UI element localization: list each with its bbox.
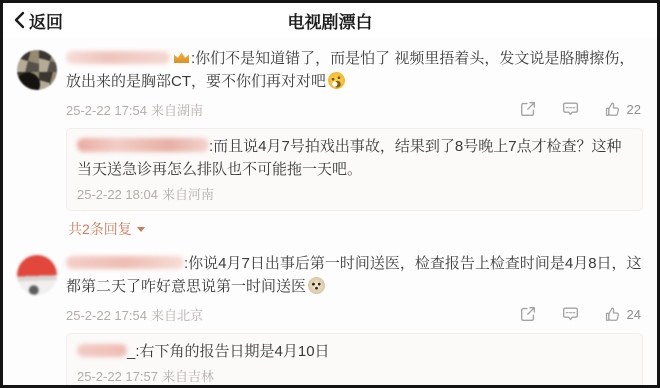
action-bar: 22 (519, 100, 643, 118)
share-icon (519, 305, 537, 323)
like-count: 24 (627, 307, 641, 322)
timestamp-location: 来自吉林 (162, 369, 214, 384)
share-icon (519, 100, 537, 118)
share-button[interactable] (519, 100, 537, 118)
expand-replies-label: 共2条回复 (68, 219, 132, 239)
comment-button[interactable] (561, 100, 580, 118)
page-title: 电视剧漂白 (3, 8, 657, 33)
comment-text-block: :你说4月7日出事后第一时间送医，检查报告上检查时间是4月8日，这都第二天了咋好… (66, 252, 643, 298)
timestamp-location: 来自河南 (162, 187, 214, 202)
weibo-topic-comment-screen: 返回 电视剧漂白 :你们不是知道错了，而是怕了 视频里捂着头，发文说是胳膊擦伤，… (0, 0, 660, 388)
comment-item-1: :你们不是知道错了，而是怕了 视频里捂着头，发文说是胳膊擦伤，放出来的是胸部CT… (17, 47, 643, 239)
comment-text-block: :你们不是知道错了，而是怕了 视频里捂着头，发文说是胳膊擦伤，放出来的是胸部CT… (66, 47, 643, 93)
reply-item-2[interactable]: _:右下角的报告日期是4月10日 25-2-22 17:57来自吉林 (66, 333, 643, 388)
nav-header: 返回 电视剧漂白 (3, 3, 657, 37)
timestamp-date: 25-2-22 17:54 (66, 308, 147, 323)
comment-meta: 25-2-22 17:54来自湖南 22 (66, 99, 643, 119)
blurred-username[interactable] (66, 256, 184, 269)
timestamp-location: 来自北京 (151, 308, 203, 323)
reply-text: _:右下角的报告日期是4月10日 (127, 343, 330, 360)
comment-meta: 25-2-22 17:54来自北京 24 (66, 304, 643, 324)
blurred-username[interactable] (66, 51, 170, 64)
chevron-left-icon (13, 11, 26, 29)
thumbs-up-icon (604, 100, 622, 118)
avatar-red-white[interactable] (17, 255, 57, 295)
thumbs-up-icon (604, 305, 622, 323)
timestamp-location: 来自湖南 (151, 103, 203, 118)
reply-item-1[interactable]: :而且说4月7号拍戏出事故，结果到了8号晚上7点才检查？这种当天送急诊再怎么排队… (66, 128, 643, 211)
blurred-username[interactable] (77, 138, 209, 152)
comment-button[interactable] (561, 305, 580, 323)
timestamp: 25-2-22 18:04来自河南 (77, 184, 632, 203)
timestamp-date: 25-2-22 17:54 (66, 103, 147, 118)
reply-text-block: :而且说4月7号拍戏出事故，结果到了8号晚上7点才检查？这种当天送急诊再怎么排队… (77, 135, 632, 181)
back-label: 返回 (29, 8, 63, 33)
timestamp: 25-2-22 17:54来自湖南 (66, 100, 207, 119)
blurred-username[interactable] (77, 344, 127, 357)
expand-replies-link[interactable]: 共2条回复 (66, 219, 643, 239)
like-button[interactable]: 22 (604, 100, 641, 118)
like-button[interactable]: 24 (604, 305, 641, 323)
vip-crown-icon (174, 52, 189, 63)
action-bar: 24 (519, 305, 643, 323)
like-count: 22 (627, 102, 641, 117)
triangle-down-icon (137, 227, 145, 232)
avatar-pixelated[interactable] (17, 50, 57, 90)
reply-text-block: _:右下角的报告日期是4月10日 (77, 340, 632, 363)
share-button[interactable] (519, 305, 537, 323)
comment-item-2: :你说4月7日出事后第一时间送医，检查报告上检查时间是4月8日，这都第二天了咋好… (17, 252, 643, 388)
comment-bubble-icon (561, 305, 580, 323)
doge-emoji (308, 277, 325, 294)
timestamp: 25-2-22 17:54来自北京 (66, 305, 207, 324)
timestamp-date: 25-2-22 18:04 (77, 187, 158, 202)
timestamp: 25-2-22 17:57来自吉林 (77, 366, 632, 385)
laugh-cry-emoji (326, 70, 347, 91)
timestamp-date: 25-2-22 17:57 (77, 369, 158, 384)
comment-list: :你们不是知道错了，而是怕了 视频里捂着头，发文说是胳膊擦伤，放出来的是胸部CT… (3, 37, 657, 388)
back-button[interactable]: 返回 (3, 8, 63, 33)
comment-bubble-icon (561, 100, 580, 118)
